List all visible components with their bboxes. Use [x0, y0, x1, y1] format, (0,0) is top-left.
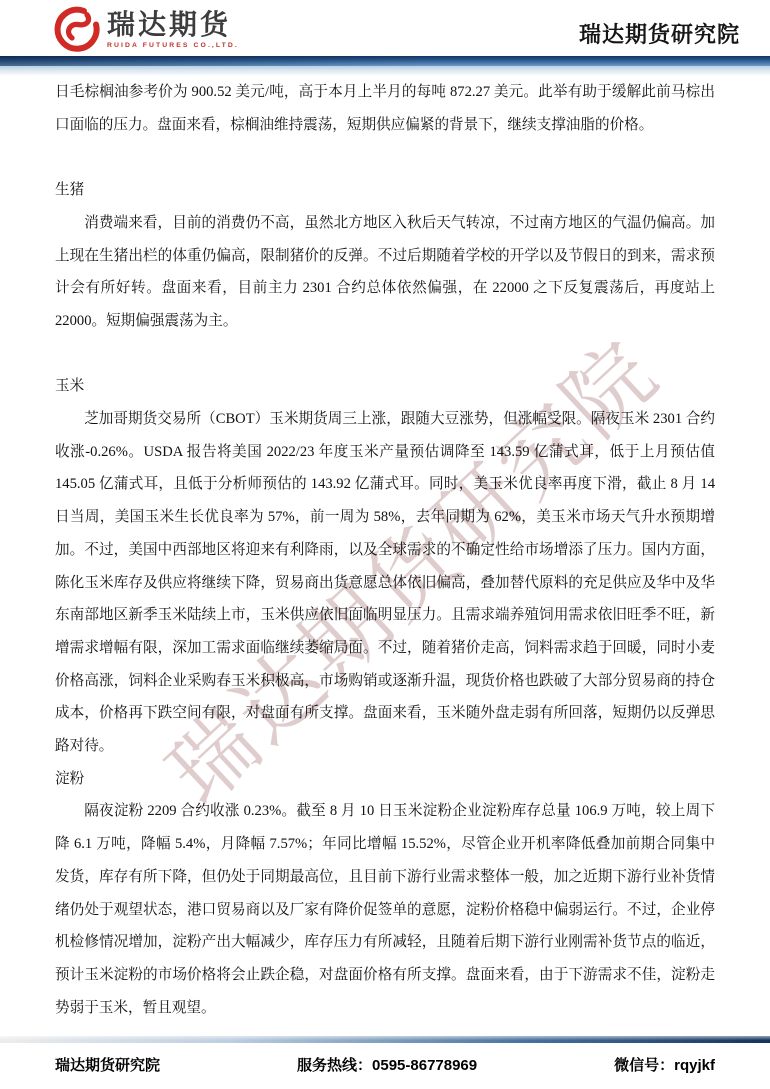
- paragraph-starch: 隔夜淀粉 2209 合约收涨 0.23%。截至 8 月 10 日玉米淀粉企业淀粉…: [55, 795, 715, 1024]
- footer-divider-bar: [0, 1036, 770, 1043]
- paragraph-palm-oil: 日毛棕榈油参考价为 900.52 美元/吨，高于本月上半月的每吨 872.27 …: [55, 76, 715, 141]
- footer-hotline: 服务热线：0595-86778969: [297, 1054, 477, 1075]
- page-title: 瑞达期货研究院: [579, 18, 740, 49]
- footer-wechat-label: 微信号：: [614, 1057, 674, 1074]
- paragraph-pig: 消费端来看，目前的消费仍不高，虽然北方地区入秋后天气转凉，不过南方地区的气温仍偏…: [55, 207, 715, 338]
- blank-line: [55, 141, 715, 174]
- header-divider-bar-dark: [0, 56, 770, 66]
- footer-hotline-number: 0595-86778969: [372, 1057, 477, 1074]
- page-header: 瑞达期货 RUIDA FUTURES CO.,LTD. 瑞达期货研究院: [0, 0, 770, 56]
- logo-text: 瑞达期货 RUIDA FUTURES CO.,LTD.: [107, 5, 239, 49]
- brand-name-cn: 瑞达期货: [107, 11, 239, 39]
- paragraph-corn: 芝加哥期货交易所（CBOT）玉米期货周三上涨，跟随大豆涨势，但涨幅受限。隔夜玉米…: [55, 403, 715, 763]
- report-body: 日毛棕榈油参考价为 900.52 美元/吨，高于本月上半月的每吨 872.27 …: [55, 76, 715, 1024]
- blank-line: [55, 338, 715, 371]
- brand-name-en: RUIDA FUTURES CO.,LTD.: [107, 42, 239, 49]
- footer-institute: 瑞达期货研究院: [55, 1054, 160, 1075]
- footer-hotline-label: 服务热线：: [297, 1057, 372, 1074]
- section-heading-starch: 淀粉: [55, 763, 715, 796]
- footer-wechat: 微信号：rqyjkf: [614, 1054, 715, 1075]
- page-footer: 瑞达期货研究院 服务热线：0595-86778969 微信号：rqyjkf: [0, 1036, 770, 1089]
- footer-row: 瑞达期货研究院 服务热线：0595-86778969 微信号：rqyjkf: [0, 1043, 770, 1089]
- header-divider-bar-light: [0, 66, 770, 75]
- section-heading-corn: 玉米: [55, 370, 715, 403]
- report-page: 瑞达期货 RUIDA FUTURES CO.,LTD. 瑞达期货研究院 瑞达期货…: [0, 0, 770, 1089]
- ruida-swirl-icon: [54, 5, 102, 53]
- section-heading-pig: 生猪: [55, 174, 715, 207]
- footer-wechat-id: rqyjkf: [674, 1057, 715, 1074]
- company-logo: 瑞达期货 RUIDA FUTURES CO.,LTD.: [54, 5, 239, 53]
